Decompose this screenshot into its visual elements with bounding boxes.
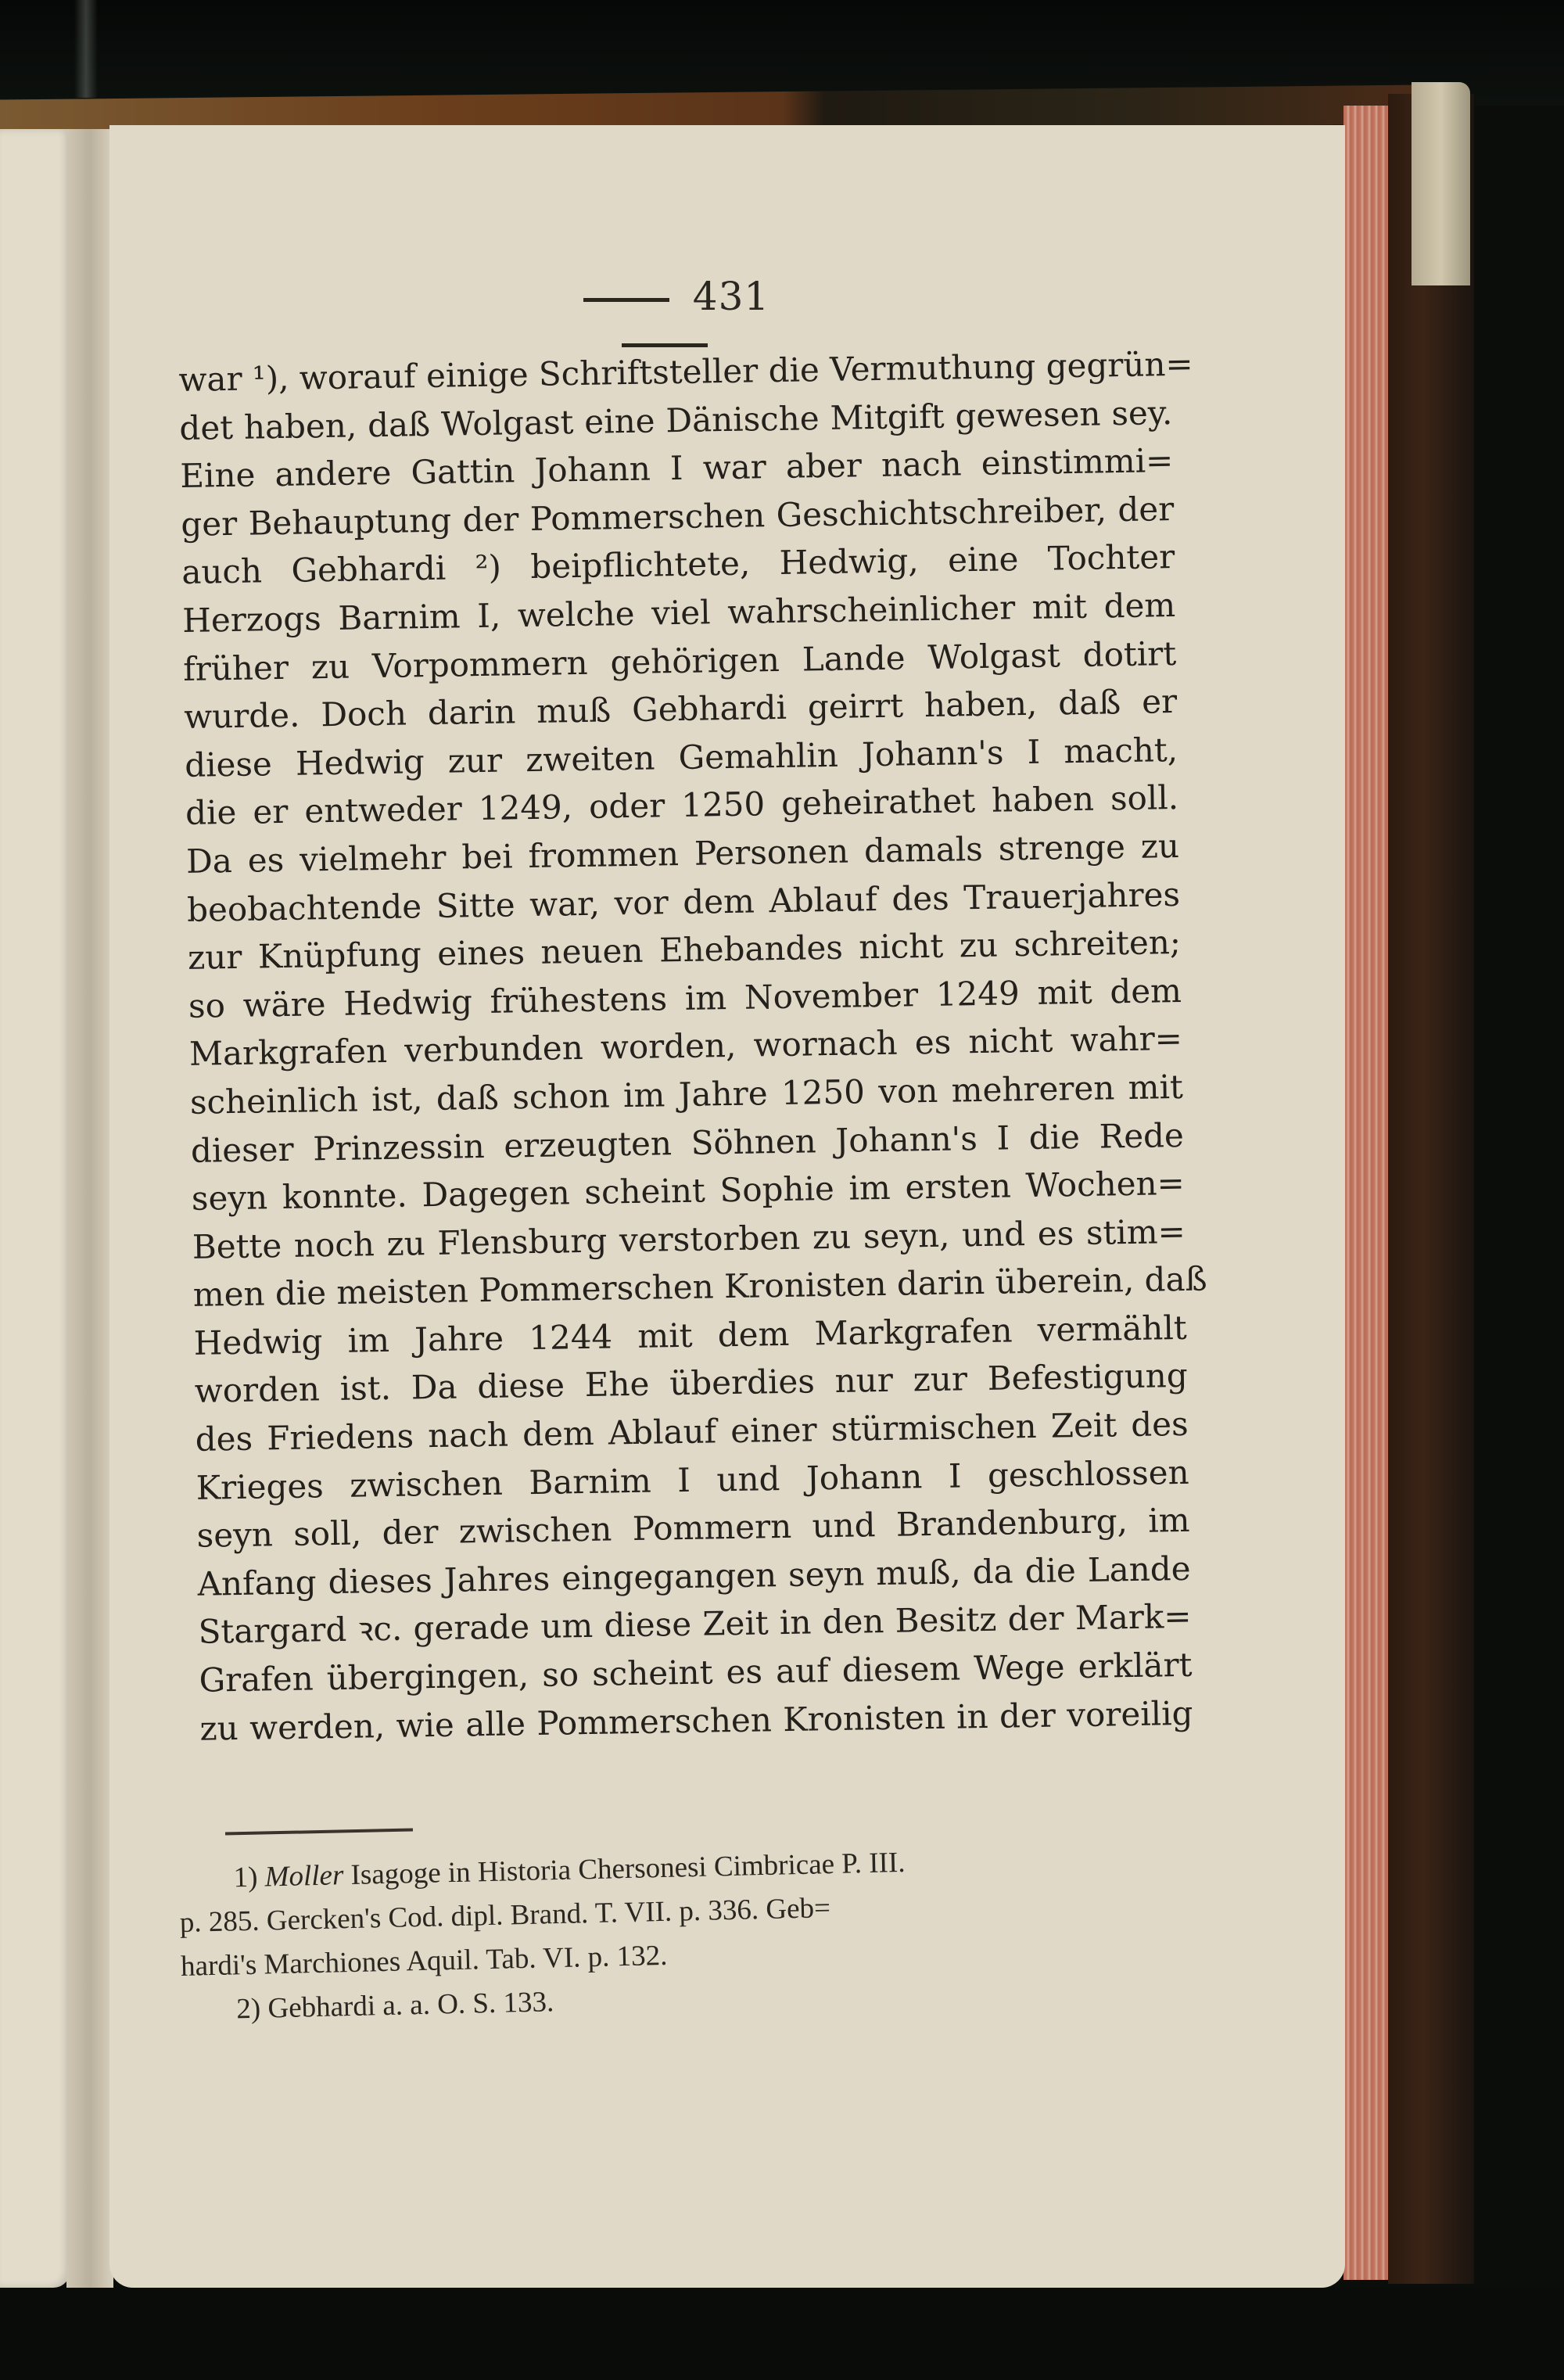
footnote-1-marker: 1) xyxy=(233,1861,258,1894)
page-number: 431 xyxy=(693,274,769,319)
right-dash xyxy=(622,343,708,347)
footnote-divider xyxy=(225,1828,413,1835)
footnote-1-line-1: Isagoge in Historia Chersonesi Cimbricae… xyxy=(350,1847,906,1891)
left-dash xyxy=(583,298,669,302)
footnote-1-author: Moller xyxy=(264,1859,344,1893)
footnotes: 1) Moller Isagoge in Historia Chersonesi… xyxy=(178,1835,1175,2033)
page-content: 431 war ¹), worauf einige Schriftsteller… xyxy=(0,0,1564,2380)
body-text: war ¹), worauf einige Schriftsteller die… xyxy=(178,340,1193,1753)
